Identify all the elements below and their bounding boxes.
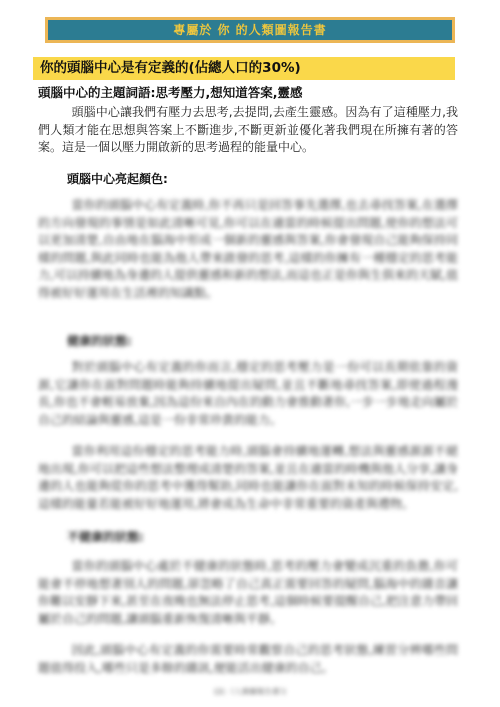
blurred-paragraph-2: 對於頭腦中心有定義的你而言,穩定的思考壓力是一份可以長期依靠的資源,它讓你在面對… xyxy=(38,359,458,430)
section-heading-center-color: 頭腦中心亮起顏色: xyxy=(67,171,458,187)
blurred-paragraph-5: 因此,頭腦中心有定義的你需要時常觀察自己的思考狀態,練習分辨哪些問題值得投入,哪… xyxy=(38,642,458,678)
blurred-subheading-1: 健康的狀態: xyxy=(67,333,458,349)
section-title: 你的頭腦中心是有定義的(佔總人口的30%) xyxy=(40,60,301,76)
document-page: 專屬於 你 的人類圖報告書 你的頭腦中心是有定義的(佔總人口的30%) 頭腦中心… xyxy=(0,0,500,707)
intro-paragraph: 頭腦中心讓我們有壓力去思考,去提問,去產生靈感。因為有了這種壓力,我們人類才能在… xyxy=(38,104,458,157)
report-banner-title: 專屬於 你 的人類圖報告書 xyxy=(173,23,326,37)
blurred-paragraph-1: 當你的頭腦中心有定義時,你不再只是回答事先選擇,也去尋找答案,在選擇的方向發現的… xyxy=(38,197,458,321)
blurred-paragraph-3: 當你利用這份穩定的思考能力時,頭腦會持續地運轉,想法與靈感源源不絕地出現,你可以… xyxy=(38,443,458,514)
blurred-paragraph-4: 當你的頭腦中心處於不健康的狀態時,思考的壓力會變成沉重的負擔,你可能會不停地想著… xyxy=(38,558,458,629)
section-title-highlight: 你的頭腦中心是有定義的(佔總人口的30%) xyxy=(33,57,455,80)
report-banner: 專屬於 你 的人類圖報告書 xyxy=(45,17,455,43)
blurred-subheading-2: 不健康的狀態: xyxy=(67,529,458,545)
theme-keywords-heading: 頭腦中心的主題詞語:思考壓力,想知道答案,靈感 xyxy=(38,85,458,101)
page-footer: (註:《人類圖報告書》) xyxy=(0,687,500,697)
